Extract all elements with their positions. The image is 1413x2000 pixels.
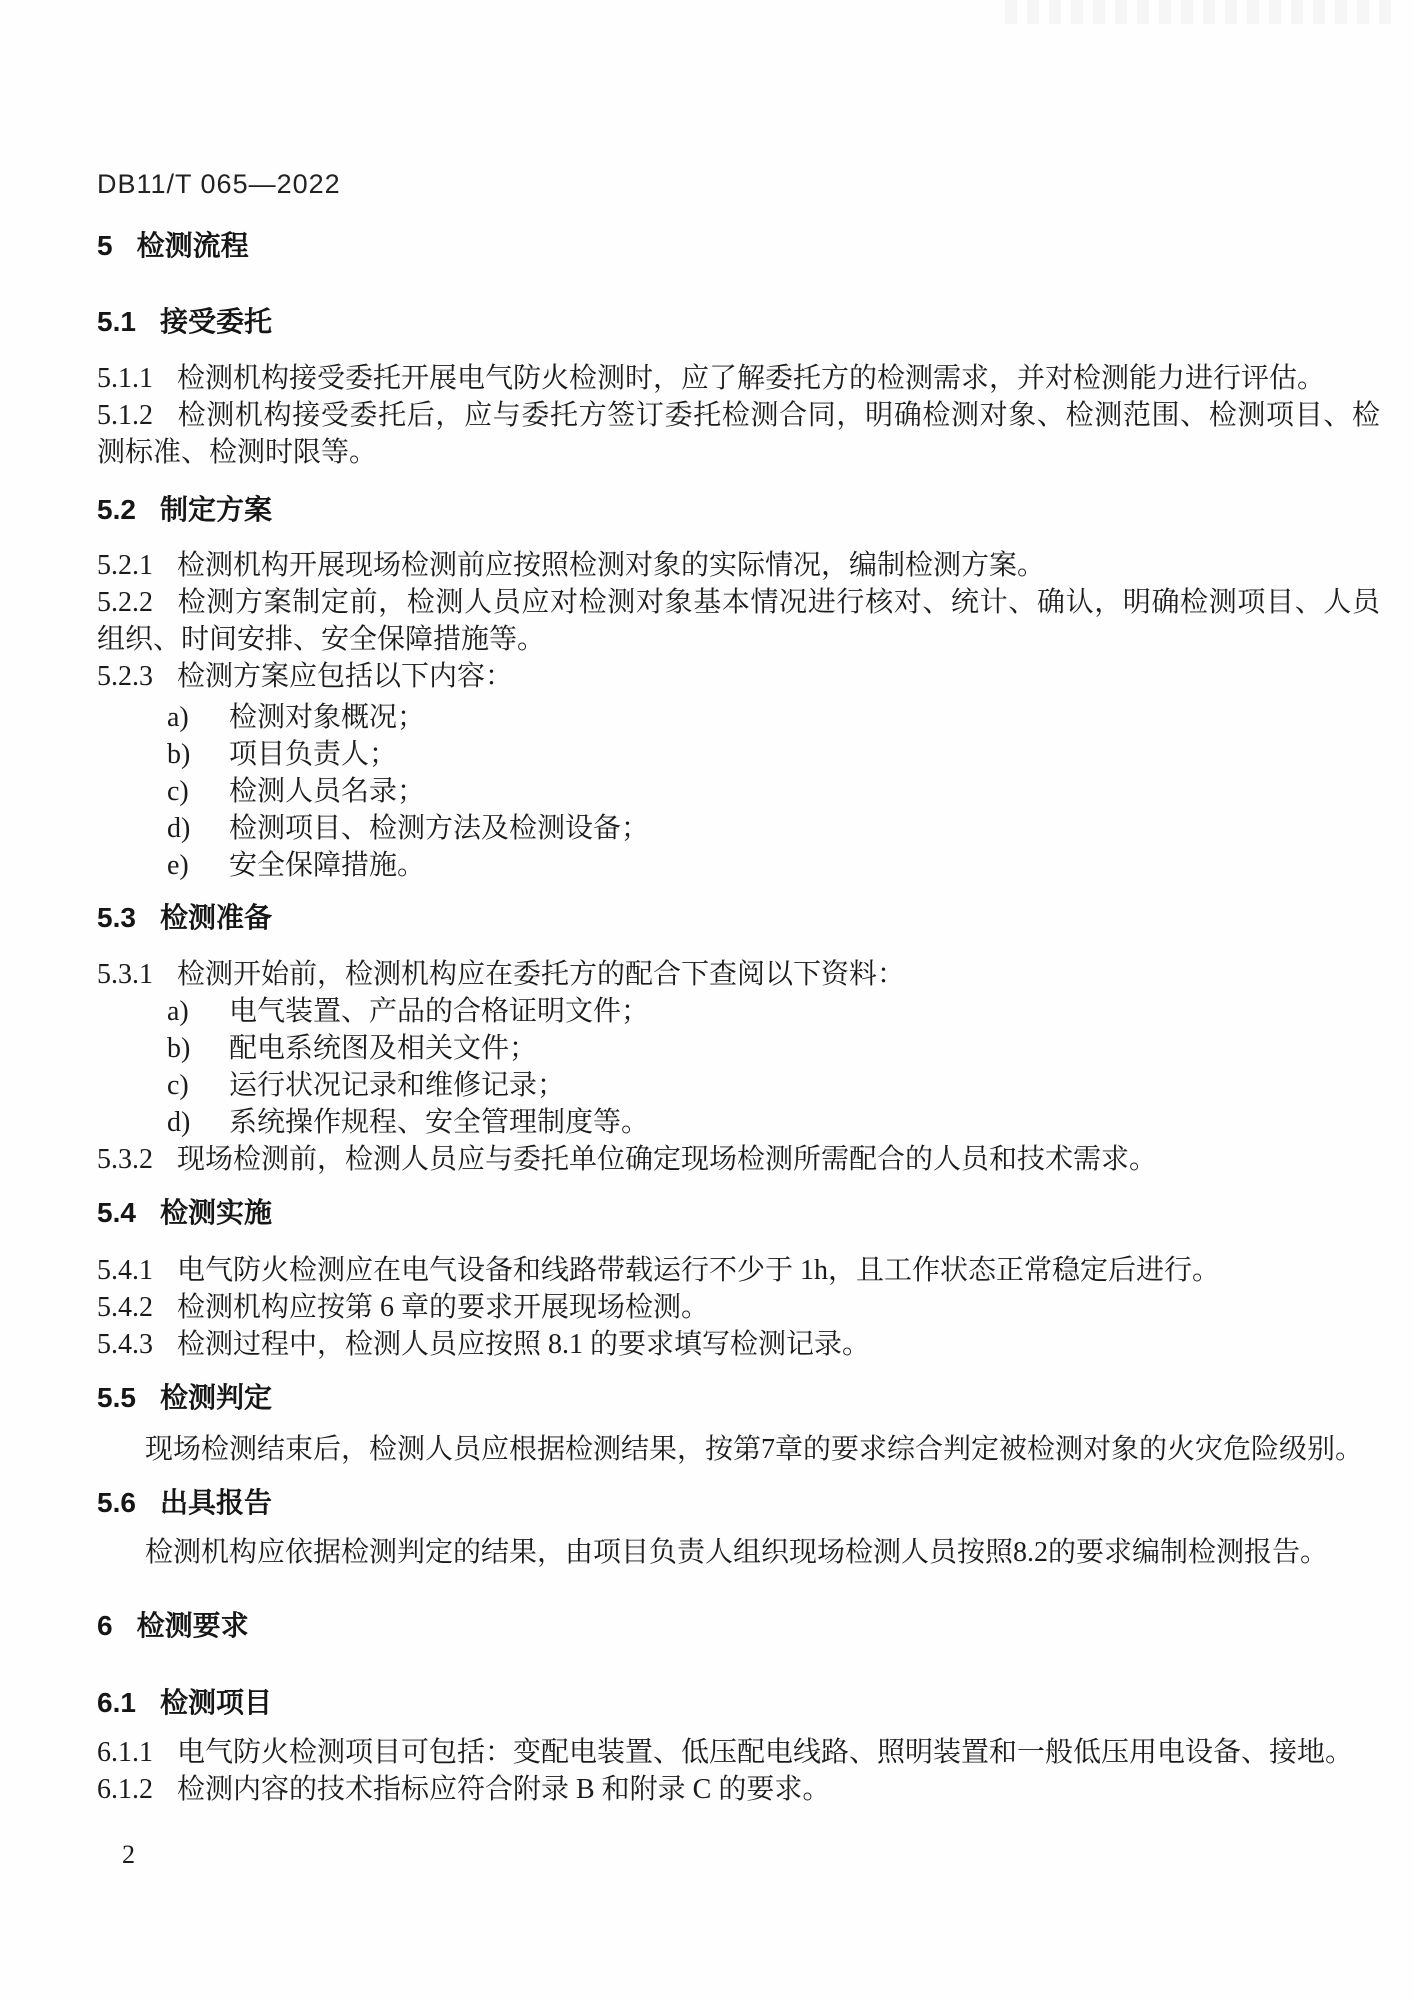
list-marker: c) [97,773,229,810]
chapter-title: 检测要求 [137,1610,249,1641]
section-5-6-heading: 5.6出具报告 [97,1484,1380,1521]
page-number: 2 [97,1836,1380,1873]
section-title: 检测准备 [160,902,272,933]
list-item: d)系统操作规程、安全管理制度等。 [97,1104,1380,1141]
list-item: a)电气装置、产品的合格证明文件； [97,993,1380,1030]
chapter-title: 检测流程 [137,230,249,261]
clause-number: 5.4.2 [97,1289,153,1326]
clause-number: 5.3.2 [97,1141,153,1178]
section-title: 检测实施 [160,1197,272,1228]
chapter-number: 6 [97,1607,113,1644]
chapter-number: 5 [97,227,113,264]
paragraph-5-6: 检测机构应依据检测判定的结果，由项目负责人组织现场检测人员按照8.2的要求编制检… [97,1534,1380,1571]
clause-text: 检测开始前，检测机构应在委托方的配合下查阅以下资料： [177,959,905,990]
list-text: 配电系统图及相关文件； [229,1030,1380,1067]
section-number: 5.6 [97,1484,136,1521]
clause-text: 电气防火检测应在电气设备和线路带载运行不少于 1h，且工作状态正常稳定后进行。 [177,1255,1220,1286]
section-number: 5.4 [97,1194,136,1231]
clause-text: 检测方案应包括以下内容： [177,661,513,692]
section-5-2-heading: 5.2制定方案 [97,491,1380,528]
list-text: 系统操作规程、安全管理制度等。 [229,1104,1380,1141]
clause-5-3-1: 5.3.1检测开始前，检测机构应在委托方的配合下查阅以下资料： [97,956,1380,993]
clause-5-1-1: 5.1.1检测机构接受委托开展电气防火检测时，应了解委托方的检测需求，并对检测能… [97,360,1380,397]
clause-text: 检测方案制定前，检测人员应对检测对象基本情况进行核对、统计、确认，明确检测项目、… [97,587,1380,655]
section-5-4-heading: 5.4检测实施 [97,1194,1380,1231]
clause-text: 检测机构接受委托后，应与委托方签订委托检测合同，明确检测对象、检测范围、检测项目… [97,400,1380,468]
clause-text: 检测机构应按第 6 章的要求开展现场检测。 [177,1292,709,1323]
clause-number: 5.2.3 [97,658,153,695]
clause-5-2-3: 5.2.3检测方案应包括以下内容： [97,658,1380,695]
clause-5-3-2: 5.3.2现场检测前，检测人员应与委托单位确定现场检测所需配合的人员和技术需求。 [97,1141,1380,1178]
list-marker: d) [97,1104,229,1141]
clause-number: 5.4.1 [97,1252,153,1289]
section-5-3-heading: 5.3检测准备 [97,899,1380,936]
list-item: b)配电系统图及相关文件； [97,1030,1380,1067]
clause-6-1-2: 6.1.2检测内容的技术指标应符合附录 B 和附录 C 的要求。 [97,1771,1380,1808]
clause-5-4-2: 5.4.2检测机构应按第 6 章的要求开展现场检测。 [97,1289,1380,1326]
list-text: 运行状况记录和维修记录； [229,1067,1380,1104]
list-marker: b) [97,736,229,773]
list-text: 项目负责人； [229,736,1380,773]
section-5-5-heading: 5.5检测判定 [97,1379,1380,1416]
document-page: DB11/T 065—2022 5检测流程 5.1接受委托 5.1.1检测机构接… [0,0,1413,2000]
list-marker: c) [97,1067,229,1104]
section-5-1-heading: 5.1接受委托 [97,303,1380,340]
list-item: b)项目负责人； [97,736,1380,773]
list-item: d)检测项目、检测方法及检测设备； [97,810,1380,847]
clause-text: 检测过程中，检测人员应按照 8.1 的要求填写检测记录。 [177,1329,870,1360]
list-5-2-3: a)检测对象概况； b)项目负责人； c)检测人员名录； d)检测项目、检测方法… [97,699,1380,884]
clause-number: 6.1.2 [97,1771,153,1808]
clause-number: 5.2.1 [97,547,153,584]
section-number: 6.1 [97,1684,136,1721]
list-text: 电气装置、产品的合格证明文件； [229,993,1380,1030]
list-text: 检测人员名录； [229,773,1380,810]
clause-number: 6.1.1 [97,1734,153,1771]
clause-5-2-1: 5.2.1检测机构开展现场检测前应按照检测对象的实际情况，编制检测方案。 [97,547,1380,584]
list-marker: d) [97,810,229,847]
list-item: c)检测人员名录； [97,773,1380,810]
section-title: 制定方案 [160,494,272,525]
list-marker: b) [97,1030,229,1067]
clause-text: 现场检测前，检测人员应与委托单位确定现场检测所需配合的人员和技术需求。 [177,1144,1157,1175]
paragraph-5-5: 现场检测结束后，检测人员应根据检测结果，按第7章的要求综合判定被检测对象的火灾危… [97,1431,1380,1468]
standard-number: DB11/T 065—2022 [97,0,1380,201]
list-text: 检测项目、检测方法及检测设备； [229,810,1380,847]
section-title: 检测项目 [160,1687,272,1718]
list-item: c)运行状况记录和维修记录； [97,1067,1380,1104]
clause-text: 检测内容的技术指标应符合附录 B 和附录 C 的要求。 [177,1774,830,1805]
clause-6-1-1: 6.1.1电气防火检测项目可包括：变配电装置、低压配电线路、照明装置和一般低压用… [97,1734,1380,1771]
scan-artifact [1005,0,1395,24]
clause-5-4-1: 5.4.1电气防火检测应在电气设备和线路带载运行不少于 1h，且工作状态正常稳定… [97,1252,1380,1289]
clause-5-2-2: 5.2.2检测方案制定前，检测人员应对检测对象基本情况进行核对、统计、确认，明确… [97,584,1380,658]
list-item: e)安全保障措施。 [97,847,1380,884]
list-5-3-1: a)电气装置、产品的合格证明文件； b)配电系统图及相关文件； c)运行状况记录… [97,993,1380,1141]
section-title: 检测判定 [160,1382,272,1413]
section-6-1-heading: 6.1检测项目 [97,1684,1380,1721]
section-title: 接受委托 [160,306,272,337]
chapter-5-heading: 5检测流程 [97,227,1380,264]
clause-number: 5.1.2 [97,397,153,434]
section-number: 5.3 [97,899,136,936]
section-number: 5.1 [97,303,136,340]
list-marker: e) [97,847,229,884]
clause-number: 5.4.3 [97,1326,153,1363]
clause-text: 检测机构开展现场检测前应按照检测对象的实际情况，编制检测方案。 [177,550,1045,581]
clause-number: 5.1.1 [97,360,153,397]
list-item: a)检测对象概况； [97,699,1380,736]
section-number: 5.5 [97,1379,136,1416]
list-marker: a) [97,993,229,1030]
clause-5-1-2: 5.1.2检测机构接受委托后，应与委托方签订委托检测合同，明确检测对象、检测范围… [97,397,1380,471]
chapter-6-heading: 6检测要求 [97,1607,1380,1644]
page-content: DB11/T 065—2022 5检测流程 5.1接受委托 5.1.1检测机构接… [0,0,1413,1873]
clause-number: 5.3.1 [97,956,153,993]
clause-5-4-3: 5.4.3检测过程中，检测人员应按照 8.1 的要求填写检测记录。 [97,1326,1380,1363]
list-text: 检测对象概况； [229,699,1380,736]
clause-text: 检测机构接受委托开展电气防火检测时，应了解委托方的检测需求，并对检测能力进行评估… [177,363,1325,394]
section-title: 出具报告 [160,1487,272,1518]
clause-text: 电气防火检测项目可包括：变配电装置、低压配电线路、照明装置和一般低压用电设备、接… [177,1737,1353,1768]
section-number: 5.2 [97,491,136,528]
clause-number: 5.2.2 [97,584,153,621]
list-marker: a) [97,699,229,736]
list-text: 安全保障措施。 [229,847,1380,884]
